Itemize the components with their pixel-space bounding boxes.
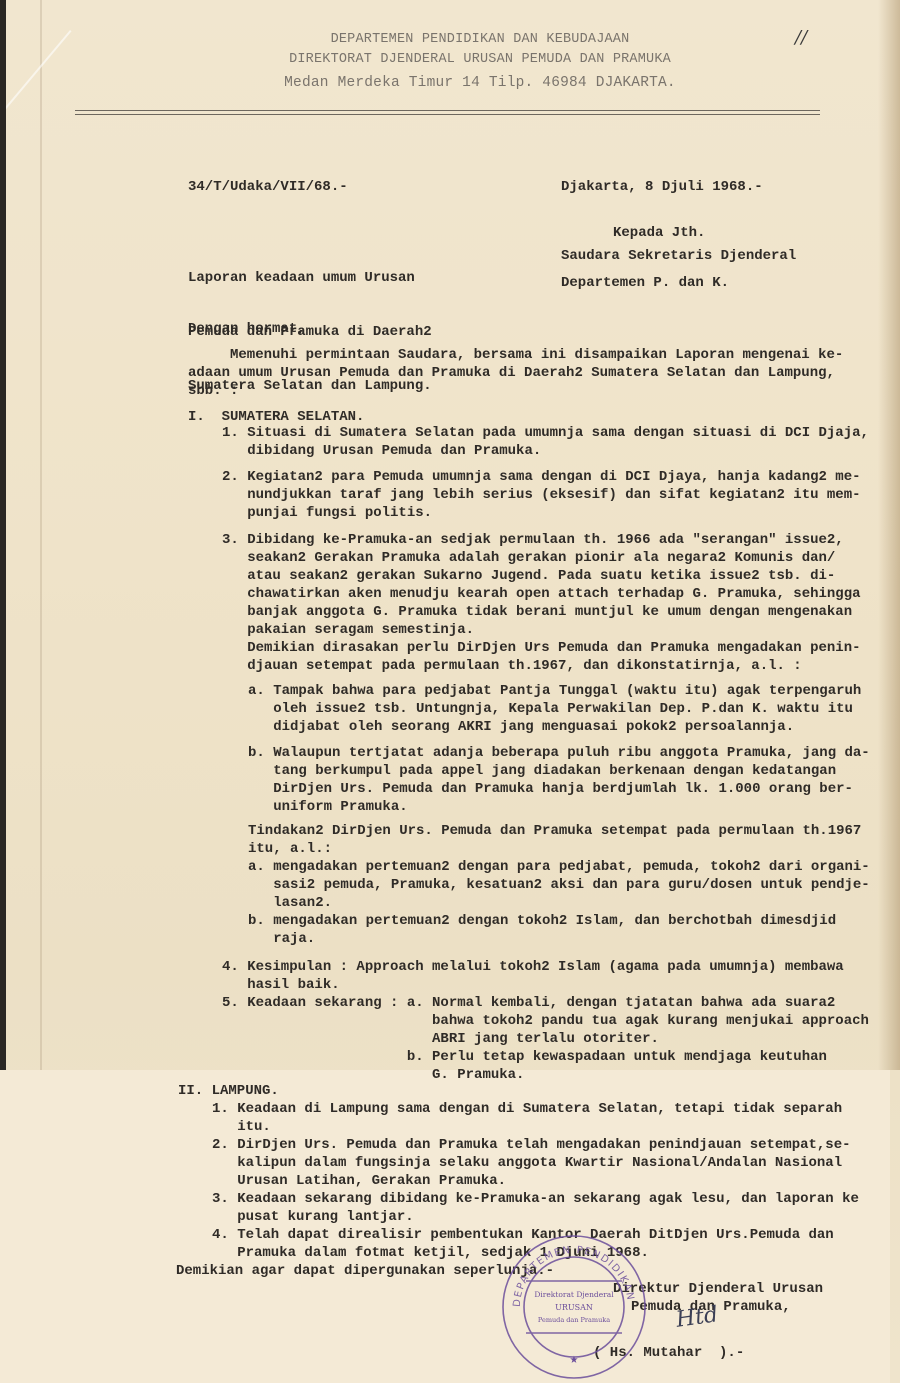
section2-item2: 2. DirDjen Urs. Pemuda dan Pramuka telah… bbox=[212, 1136, 851, 1190]
svg-text:Pemuda dan Pramuka: Pemuda dan Pramuka bbox=[538, 1316, 610, 1324]
paper-fold bbox=[40, 0, 42, 1070]
section1-item4: 4. Kesimpulan : Approach melalui tokoh2 … bbox=[222, 958, 844, 994]
section2-item3: 3. Keadaan sekarang dibidang ke-Pramuka-… bbox=[212, 1190, 859, 1226]
text-line: 4. Kesimpulan : Approach melalui tokoh2 … bbox=[222, 958, 844, 976]
recipient-line: Departemen P. dan K. bbox=[561, 274, 729, 292]
text-line: Memenuhi permintaan Saudara, bersama ini… bbox=[188, 346, 843, 364]
text-line: G. Pramuka. bbox=[222, 1066, 869, 1084]
text-line: hasil baik. bbox=[222, 976, 844, 994]
text-line: tang berkumpul pada appel jang diadakan … bbox=[248, 762, 870, 780]
text-line: a. Tampak bahwa para pedjabat Pantja Tun… bbox=[248, 682, 861, 700]
text-line: 2. DirDjen Urs. Pemuda dan Pramuka telah… bbox=[212, 1136, 851, 1154]
reference-number: 34/T/Udaka/VII/68.- bbox=[188, 178, 348, 196]
text-line: punjai fungsi politis. bbox=[222, 504, 861, 522]
text-line: oleh issue2 tsb. Untungnja, Kepala Perwa… bbox=[248, 700, 861, 718]
section1-item5: 5. Keadaan sekarang : a. Normal kembali,… bbox=[222, 994, 869, 1084]
section1-item1: 1. Situasi di Sumatera Selatan pada umum… bbox=[222, 424, 869, 460]
text-line: uniform Pramuka. bbox=[248, 798, 870, 816]
section2-item1: 1. Keadaan di Lampung sama dengan di Sum… bbox=[212, 1100, 842, 1136]
paper-crease bbox=[0, 30, 72, 154]
salutation: Dengan hormat, bbox=[188, 320, 306, 338]
section-title: II. LAMPUNG. bbox=[178, 1082, 279, 1100]
page-mark: // bbox=[795, 27, 807, 48]
text-line: ABRI jang terlalu otoriter. bbox=[222, 1030, 869, 1048]
recipient-line: Saudara Sekretaris Djenderal bbox=[561, 247, 796, 265]
svg-text:Direktorat Djenderal: Direktorat Djenderal bbox=[534, 1290, 614, 1299]
text-line: djauan setempat pada permulaan th.1967, … bbox=[222, 657, 861, 675]
letterhead-rule bbox=[75, 114, 820, 115]
text-line: sasi2 pemuda, Pramuka, kesatuan2 aksi da… bbox=[248, 876, 870, 894]
scan-edge-left bbox=[0, 0, 6, 1070]
recipient-line: Kepada Jth. bbox=[613, 224, 705, 242]
text-line: bahwa tokoh2 pandu tua agak kurang menju… bbox=[222, 1012, 869, 1030]
text-line: seakan2 Gerakan Pramuka adalah gerakan p… bbox=[222, 549, 861, 567]
text-line: kalipun dalam fungsinja selaku anggota K… bbox=[212, 1154, 851, 1172]
svg-text:★: ★ bbox=[570, 1352, 579, 1368]
section1-actions: Tindakan2 DirDjen Urs. Pemuda dan Pramuk… bbox=[248, 822, 870, 948]
letterhead-directorate: DIREKTORAT DJENDERAL URUSAN PEMUDA DAN P… bbox=[250, 50, 710, 70]
text-line: Tindakan2 DirDjen Urs. Pemuda dan Pramuk… bbox=[248, 822, 870, 840]
text-line: b. mengadakan pertemuan2 dengan tokoh2 I… bbox=[248, 912, 870, 930]
official-stamp-icon: DEPARTEMEN PENDIDIKAN DAN KEBUDAJAAN Dir… bbox=[500, 1233, 648, 1381]
subject-line: Laporan keadaan umum Urusan bbox=[188, 269, 432, 287]
text-line: banjak anggota G. Pramuka tidak berani m… bbox=[222, 603, 861, 621]
text-line: 3. Keadaan sekarang dibidang ke-Pramuka-… bbox=[212, 1190, 859, 1208]
text-line: Urusan Latihan, Gerakan Pramuka. bbox=[212, 1172, 851, 1190]
section1-item3a: a. Tampak bahwa para pedjabat Pantja Tun… bbox=[248, 682, 861, 736]
text-line: atau seakan2 gerakan Sukarno Jugend. Pad… bbox=[222, 567, 861, 585]
text-line: itu, a.l.: bbox=[248, 840, 870, 858]
text-line: 1. Keadaan di Lampung sama dengan di Sum… bbox=[212, 1100, 842, 1118]
text-line: b. Walaupun tertjatat adanja beberapa pu… bbox=[248, 744, 870, 762]
text-line: 1. Situasi di Sumatera Selatan pada umum… bbox=[222, 424, 869, 442]
text-line: dibidang Urusan Pemuda dan Pramuka. bbox=[222, 442, 869, 460]
svg-text:URUSAN: URUSAN bbox=[555, 1303, 593, 1312]
text-line: adaan umum Urusan Pemuda dan Pramuka di … bbox=[188, 364, 843, 382]
text-line: itu. bbox=[212, 1118, 842, 1136]
intro-paragraph: Memenuhi permintaan Saudara, bersama ini… bbox=[188, 346, 843, 400]
text-line: sbb. : bbox=[188, 382, 843, 400]
document-page: DEPARTEMEN PENDIDIKAN DAN KEBUDAJAAN DIR… bbox=[0, 0, 900, 1383]
text-line: Demikian dirasakan perlu DirDjen Urs Pem… bbox=[222, 639, 861, 657]
text-line: 5. Keadaan sekarang : a. Normal kembali,… bbox=[222, 994, 869, 1012]
text-line: pakaian seragam semestinja. bbox=[222, 621, 861, 639]
text-line: chawatirkan aken menudju kearah open att… bbox=[222, 585, 861, 603]
text-line: pusat kurang lantjar. bbox=[212, 1208, 859, 1226]
section1-item3: 3. Dibidang ke-Pramuka-an sedjak permula… bbox=[222, 531, 861, 675]
letterhead: DEPARTEMEN PENDIDIKAN DAN KEBUDAJAAN DIR… bbox=[250, 30, 710, 93]
text-line: 3. Dibidang ke-Pramuka-an sedjak permula… bbox=[222, 531, 861, 549]
text-line: b. Perlu tetap kewaspadaan untuk mendjag… bbox=[222, 1048, 869, 1066]
text-line: raja. bbox=[248, 930, 870, 948]
letterhead-address: Medan Merdeka Timur 14 Tilp. 46984 DJAKA… bbox=[250, 73, 710, 93]
signatory-title: Pemuda dan Pramuka, bbox=[631, 1298, 823, 1316]
text-line: nundjukkan taraf jang lebih serius (ekse… bbox=[222, 486, 861, 504]
scan-edge-right bbox=[878, 0, 900, 1070]
section1-item3b: b. Walaupun tertjatat adanja beberapa pu… bbox=[248, 744, 870, 816]
text-line: lasan2. bbox=[248, 894, 870, 912]
text-line: DirDjen Urs. Pemuda dan Pramuka hanja be… bbox=[248, 780, 870, 798]
letter-date: Djakarta, 8 Djuli 1968.- bbox=[561, 178, 763, 196]
closing-line: Demikian agar dapat dipergunakan seperlu… bbox=[176, 1262, 554, 1280]
letterhead-department: DEPARTEMEN PENDIDIKAN DAN KEBUDAJAAN bbox=[250, 30, 710, 50]
text-line: 2. Kegiatan2 para Pemuda umumnja sama de… bbox=[222, 468, 861, 486]
section1-item2: 2. Kegiatan2 para Pemuda umumnja sama de… bbox=[222, 468, 861, 522]
letterhead-rule bbox=[75, 110, 820, 111]
text-line: a. mengadakan pertemuan2 dengan para ped… bbox=[248, 858, 870, 876]
text-line: didjabat oleh seorang AKRI jang menguasa… bbox=[248, 718, 861, 736]
